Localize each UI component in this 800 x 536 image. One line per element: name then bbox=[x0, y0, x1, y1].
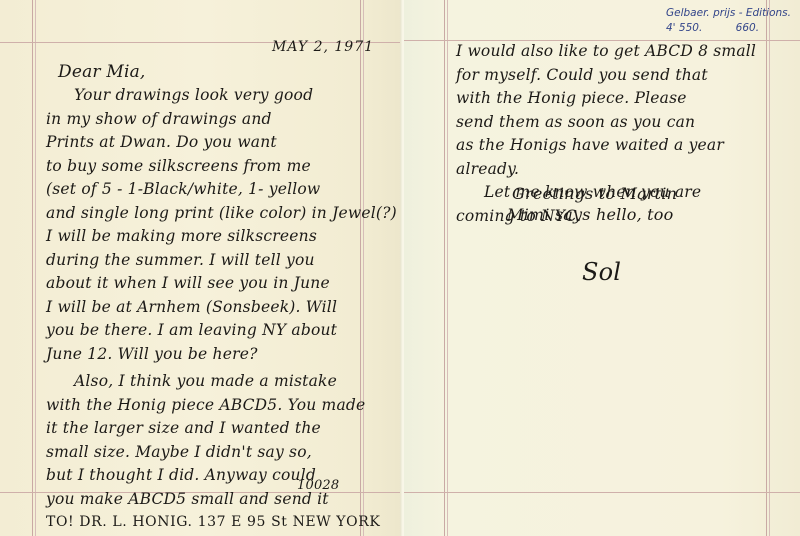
body-line: Also, I think you made a mistake bbox=[46, 370, 397, 394]
margin-rule-left bbox=[32, 0, 33, 536]
closing-note: Mimi says hello, too bbox=[507, 205, 673, 224]
address-line: TO! DR. L. HONIG. 137 E 95 St NEW YORK bbox=[46, 511, 397, 535]
body-line: you make ABCD5 small and send it bbox=[46, 488, 397, 512]
body-line: during the summer. I will tell you bbox=[46, 249, 397, 273]
bottom-rule bbox=[404, 492, 800, 493]
body-line: you be there. I am leaving NY about bbox=[46, 319, 397, 343]
body-line: June 12. Will you be here? bbox=[46, 343, 397, 367]
margin-rule-right bbox=[766, 0, 767, 536]
letter-body-left: Your drawings look very good in my show … bbox=[46, 84, 397, 535]
body-line: for myself. Could you send that bbox=[456, 64, 756, 88]
signature: Sol bbox=[582, 258, 621, 286]
body-line: I would also like to get ABCD 8 small bbox=[456, 40, 756, 64]
body-line: in my show of drawings and bbox=[46, 108, 397, 132]
body-line: small size. Maybe I didn't say so, bbox=[46, 441, 397, 465]
closing-greeting: Greetings to Martin bbox=[512, 184, 677, 203]
body-line: and single long print (like color) in Je… bbox=[46, 202, 397, 226]
body-line: already. bbox=[456, 158, 756, 182]
archival-annotation: Gelbaer. prijs - Editions. 4' 550. 660. bbox=[666, 6, 791, 36]
body-line: as the Honigs have waited a year bbox=[456, 134, 756, 158]
body-line: Prints at Dwan. Do you want bbox=[46, 131, 397, 155]
body-line: Your drawings look very good bbox=[46, 84, 397, 108]
body-line: with the Honig piece. Please bbox=[456, 87, 756, 111]
body-line: about it when I will see you in June bbox=[46, 272, 397, 296]
salutation: Dear Mia, bbox=[58, 62, 146, 82]
zip-code: 10028 bbox=[297, 478, 339, 493]
body-line: to buy some silkscreens from me bbox=[46, 155, 397, 179]
body-line: I will be making more silkscreens bbox=[46, 225, 397, 249]
margin-rule-left bbox=[444, 0, 445, 536]
body-line: it the larger size and I wanted the bbox=[46, 417, 397, 441]
annotation-line: 4' 550. 660. bbox=[666, 22, 759, 34]
body-line: but I thought I did. Anyway could bbox=[46, 464, 397, 488]
letter-page-left: MAY 2, 1971 Dear Mia, Your drawings look… bbox=[0, 0, 404, 536]
body-line: with the Honig piece ABCD5. You made bbox=[46, 394, 397, 418]
body-line: (set of 5 - 1-Black/white, 1- yellow bbox=[46, 178, 397, 202]
body-line: I will be at Arnhem (Sonsbeek). Will bbox=[46, 296, 397, 320]
annotation-line: Gelbaer. prijs - Editions. bbox=[666, 7, 791, 19]
body-line: send them as soon as you can bbox=[456, 111, 756, 135]
letter-date: MAY 2, 1971 bbox=[272, 39, 374, 55]
